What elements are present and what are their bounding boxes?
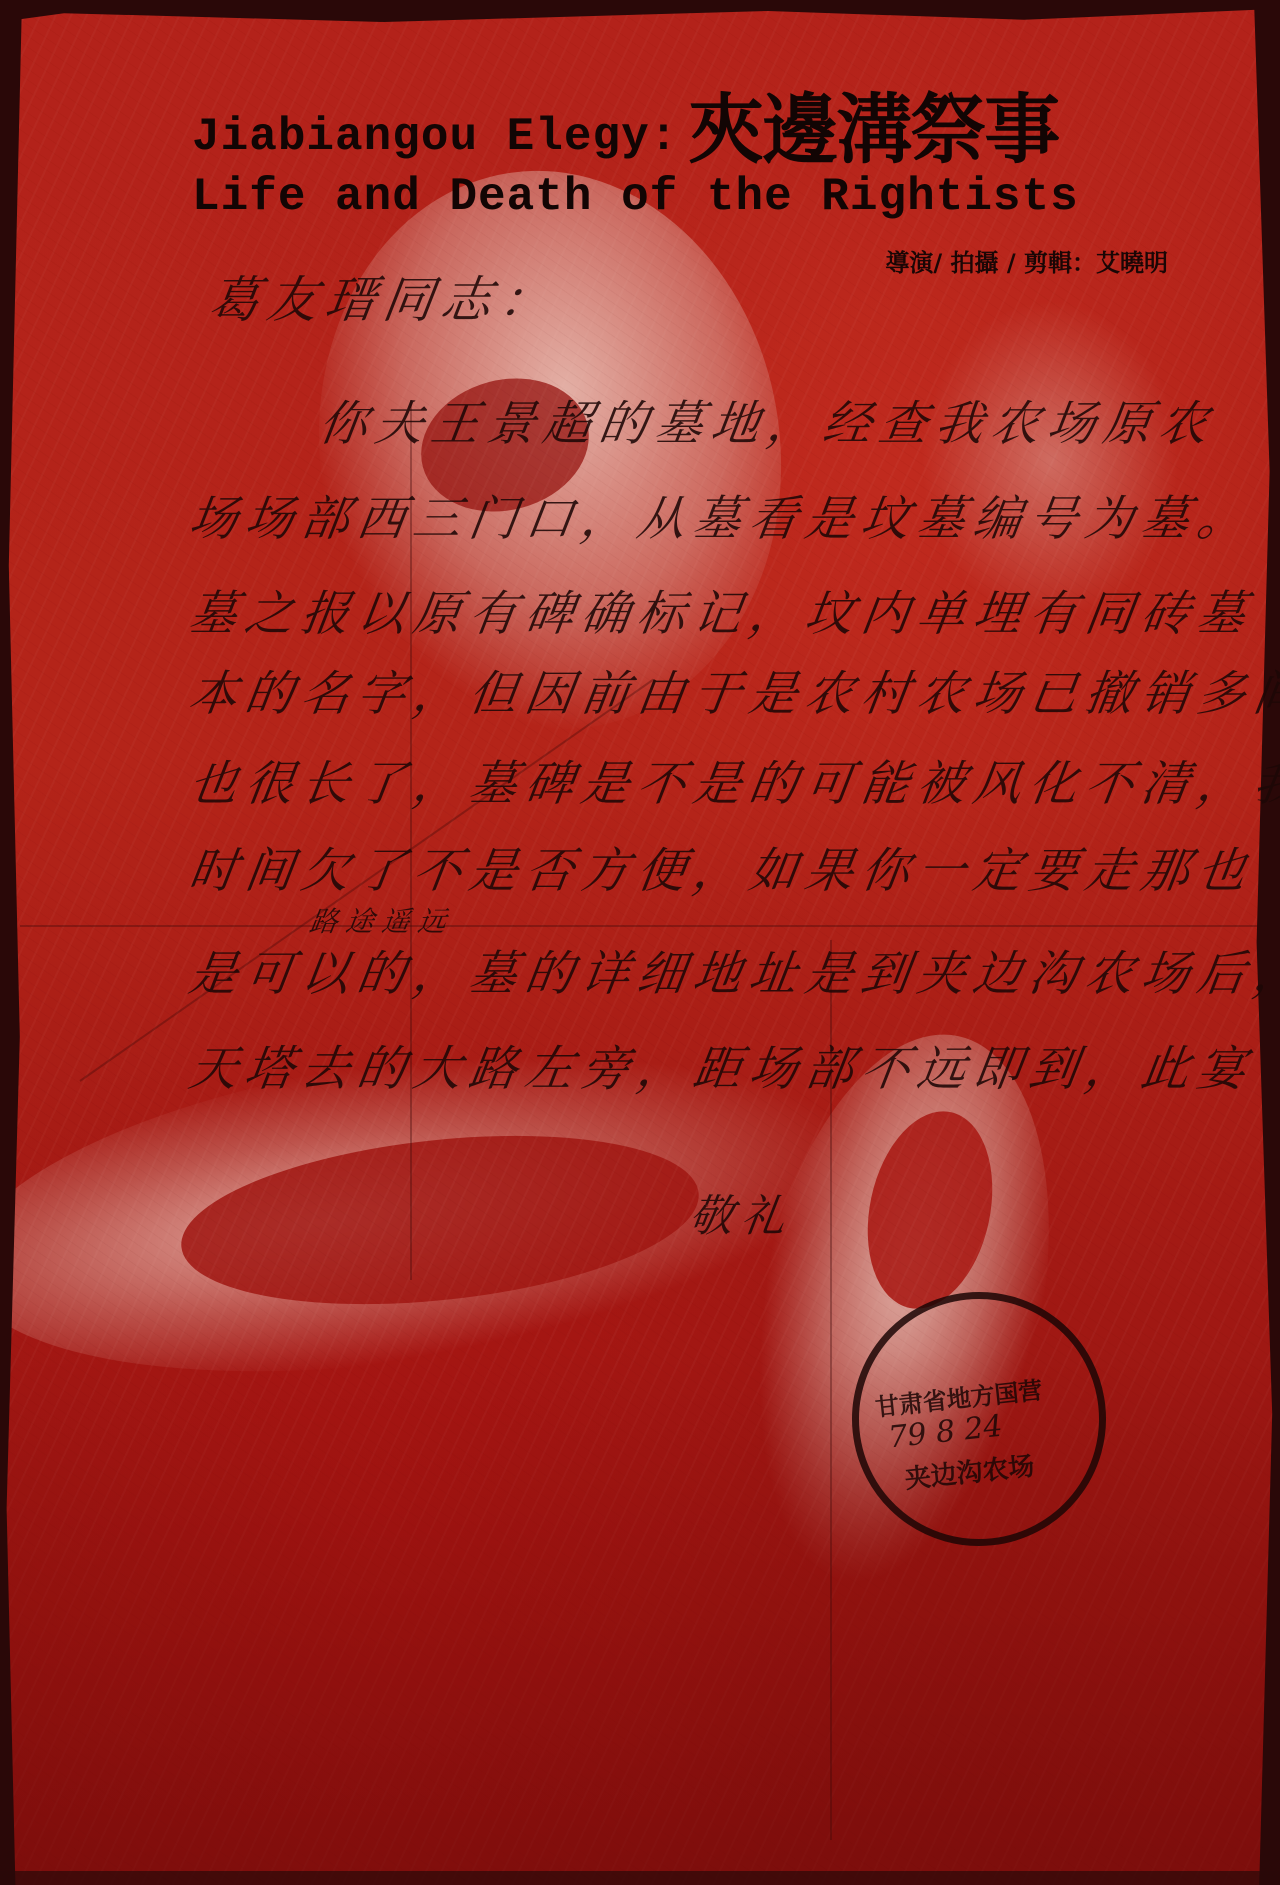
poster: Jiabiangou Elegy: 夾邊溝祭事 Life and Death o…: [0, 0, 1280, 1885]
paper-fold-line: [20, 925, 1260, 927]
director-credits: 導演/ 拍攝 / 剪輯：艾曉明: [885, 243, 1168, 278]
letter-line: 也很长了，墓碑是不是的可能被风化不清，我们意见: [185, 745, 1280, 814]
title-chinese: 夾邊溝祭事: [688, 92, 1058, 168]
stamp-bottom-text: 夹边沟农场: [903, 1446, 1036, 1496]
letter-line: 你夫王景超的墓地，经查我农场原农: [315, 385, 1221, 454]
letter-greeting: 葛友瑨同志：: [205, 260, 563, 332]
torn-edge-bottom: [0, 1871, 1280, 1885]
letter-line: 本的名字，但因前由于是农村农场已撤销多间: [185, 655, 1280, 724]
letter-line: 墓之报以原有碑确标记，坟内单埋有同砖墓: [185, 575, 1259, 644]
letter-line: 时间欠了不是否方便，如果你一定要走那也: [185, 832, 1259, 901]
title-english-line2: Life and Death of the Rightists: [192, 174, 1172, 220]
letter-line: 天塔去的大路左旁，距场部不远即到，此宴: [185, 1030, 1259, 1099]
letter-insertion: 路途遥远: [307, 900, 457, 940]
letter-signature: 敬礼: [686, 1180, 799, 1244]
letter-line: 场场部西三门口，从墓看是坟墓编号为墓。: [185, 480, 1259, 549]
letter-line: 是可以的，墓的详细地址是到夹边沟农场后，向东: [185, 935, 1280, 1004]
poster-title: Jiabiangou Elegy: 夾邊溝祭事 Life and Death o…: [192, 78, 1172, 220]
title-english-line1: Jiabiangou Elegy:: [192, 114, 678, 168]
